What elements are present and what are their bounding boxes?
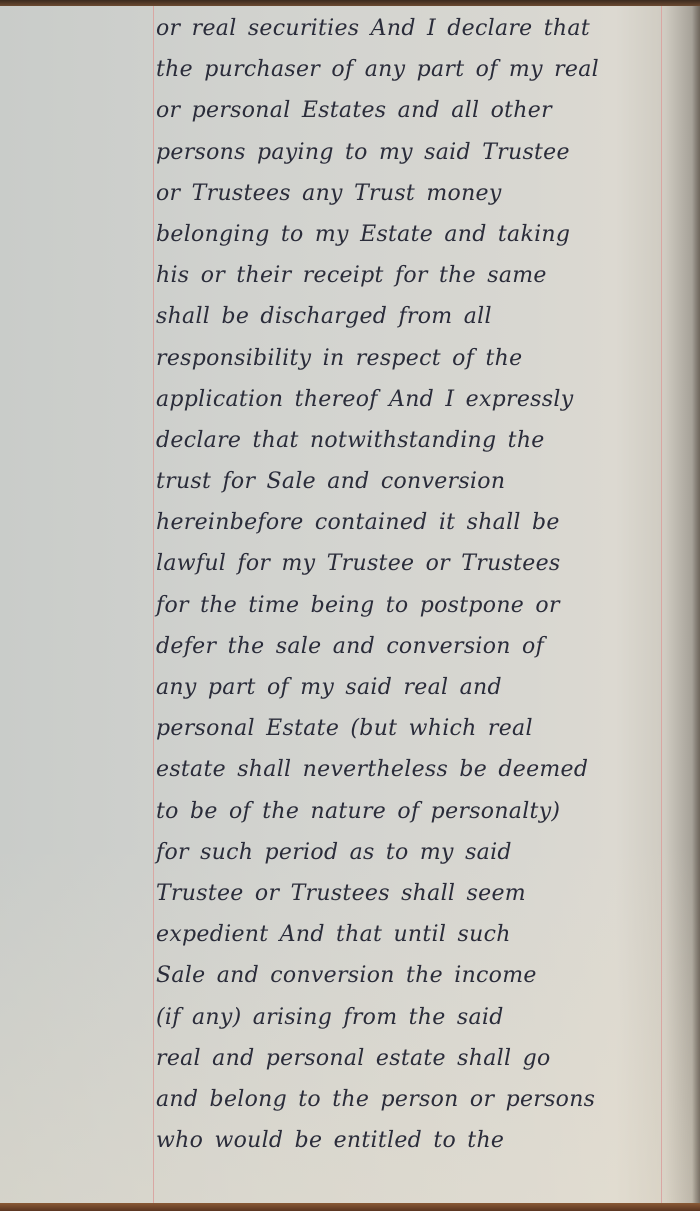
text-line: the purchaser of any part of my real [156,49,656,90]
right-margin-rule [661,6,662,1203]
text-line: responsibility in respect of the [156,338,656,379]
text-line: application thereof And I expressly [156,379,656,420]
text-line: estate shall nevertheless be deemed [156,749,656,790]
text-line: for such period as to my said [156,832,656,873]
handwritten-text-block: or real securities And I declare that th… [156,8,656,1161]
text-line: declare that notwithstanding the [156,420,656,461]
text-line: to be of the nature of personalty) [156,791,656,832]
text-line: who would be entitled to the [156,1120,656,1161]
text-line: Sale and conversion the income [156,955,656,996]
text-line: lawful for my Trustee or Trustees [156,543,656,584]
text-line: his or their receipt for the same [156,255,656,296]
text-line: defer the sale and conversion of [156,626,656,667]
text-line: any part of my said real and [156,667,656,708]
text-line: and belong to the person or persons [156,1079,656,1120]
text-line: belonging to my Estate and taking [156,214,656,255]
text-line: shall be discharged from all [156,296,656,337]
page-bottom-edge [0,1203,700,1211]
text-line: personal Estate (but which real [156,708,656,749]
text-line: real and personal estate shall go [156,1038,656,1079]
text-line: for the time being to postpone or [156,585,656,626]
text-line: (if any) arising from the said [156,997,656,1038]
text-line: persons paying to my said Trustee [156,132,656,173]
text-line: hereinbefore contained it shall be [156,502,656,543]
text-line: or personal Estates and all other [156,90,656,131]
text-line: expedient And that until such [156,914,656,955]
text-line: or real securities And I declare that [156,8,656,49]
text-line: Trustee or Trustees shall seem [156,873,656,914]
page-right-shadow [692,6,700,1203]
text-line: or Trustees any Trust money [156,173,656,214]
left-margin-rule [153,6,154,1203]
text-line: trust for Sale and conversion [156,461,656,502]
